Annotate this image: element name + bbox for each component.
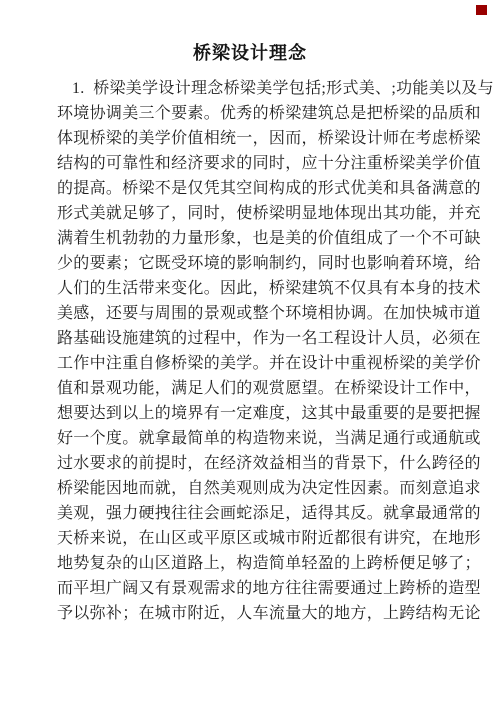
document-page: 桥梁设计理念 1. 桥梁美学设计理念桥梁美学包括;形式美、;功能美以及与环境协调… <box>0 0 500 707</box>
paragraph-line: 美观，强力硬拽往往会画蛇添足，适得其反。就拿最通常的 <box>57 501 470 526</box>
paragraph-line: 过水要求的前提时，在经济效益相当的背景下，什么跨径的 <box>57 451 470 476</box>
paragraph-line: 环境协调美三个要素。优秀的桥梁建筑总是把桥梁的品质和 <box>57 101 470 126</box>
paragraph-line: 而平坦广阔又有景观需求的地方往往需要通过上跨桥的造型 <box>57 576 470 601</box>
paragraph-line: 好一个度。就拿最简单的构造物来说，当满足通行或通航或 <box>57 426 470 451</box>
paragraph-line: 地势复杂的山区道路上，构造简单轻盈的上跨桥便足够了； <box>57 551 470 576</box>
document-body: 1. 桥梁美学设计理念桥梁美学包括;形式美、;功能美以及与环境协调美三个要素。优… <box>0 76 500 626</box>
paragraph-line: 路基础设施建筑的过程中，作为一名工程设计人员，必须在 <box>57 326 470 351</box>
paragraph-line: 1. 桥梁美学设计理念桥梁美学包括;形式美、;功能美以及与 <box>57 76 470 101</box>
paragraph-line: 满着生机勃勃的力量形象，也是美的价值组成了一个不可缺 <box>57 226 470 251</box>
paragraph-line: 天桥来说，在山区或平原区或城市附近都很有讲究，在地形 <box>57 526 470 551</box>
paragraph-line: 结构的可靠性和经济要求的同时，应十分注重桥梁美学价值 <box>57 151 470 176</box>
paragraph-line: 美感，还要与周围的景观或整个环境相协调。在加快城市道 <box>57 301 470 326</box>
paragraph-line: 的提高。桥梁不是仅凭其空间构成的形式优美和具备满意的 <box>57 176 470 201</box>
paragraph-line: 予以弥补；在城市附近，人车流量大的地方，上跨结构无论 <box>57 601 470 626</box>
paragraph-line: 工作中注重自修桥梁的美学。并在设计中重视桥梁的美学价 <box>57 351 470 376</box>
paragraph-line: 值和景观功能，满足人们的观赏愿望。在桥梁设计工作中， <box>57 376 470 401</box>
document-title: 桥梁设计理念 <box>0 0 500 66</box>
paragraph-line: 想要达到以上的境界有一定难度，这其中最重要的是要把握 <box>57 401 470 426</box>
paragraph-line: 形式美就足够了，同时，使桥梁明显地体现出其功能，并充 <box>57 201 470 226</box>
paragraph-line: 少的要素；它既受环境的影响制约，同时也影响着环境，给 <box>57 251 470 276</box>
paragraph-line: 体现桥梁的美学价值相统一，因而，桥梁设计师在考虑桥梁 <box>57 126 470 151</box>
paragraph-line: 桥梁能因地而就，自然美观则成为决定性因素。而刻意追求 <box>57 476 470 501</box>
paragraph-line: 人们的生活带来变化。因此，桥梁建筑不仅具有本身的技术 <box>57 276 470 301</box>
corner-mark <box>476 5 487 15</box>
